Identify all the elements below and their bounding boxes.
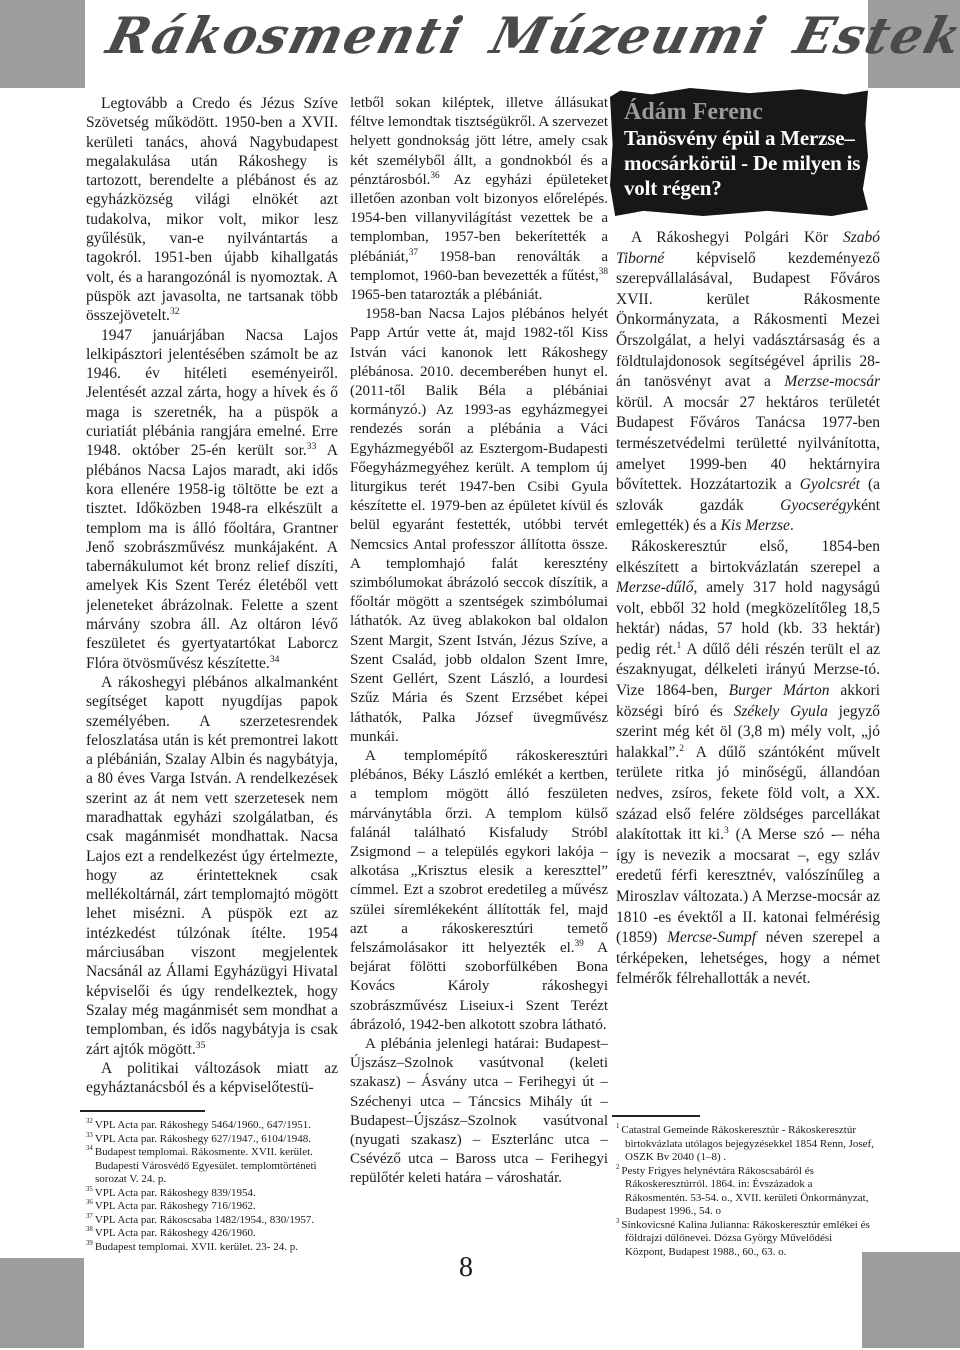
paragraph: 1947 januárjában Nacsa Lajos lelkipászto… [86,326,338,673]
footnote-list-left: 32VPL Acta par. Rákoshegy 5464/1960., 64… [86,1119,338,1254]
footnote-item: 39Budapest templomai. XVII. kerület. 23-… [86,1241,338,1255]
article-header-box: Ádám Ferenc Tanösvény épül a Merzse–mocs… [610,88,868,216]
footnote-item: 35VPL Acta par. Rákoshegy 839/1954. [86,1187,338,1201]
page-number: 8 [350,1252,582,1284]
left-column: Legtovább a Credo és Jézus Szíve Szövets… [86,94,338,1116]
footnote-item: 32VPL Acta par. Rákoshegy 5464/1960., 64… [86,1119,338,1133]
paragraph: A Rákoshegyi Polgári Kör Szabó Tiborné k… [616,228,880,537]
magazine-page: Rákosmenti Múzeumi Estek Legtovább a Cre… [0,0,960,1350]
paragraph: Legtovább a Credo és Jézus Szíve Szövets… [86,94,338,326]
footnote-item: 34Budapest templomai. Rákosmente. XVII. … [86,1146,338,1187]
paragraph: 1958-ban Nacsa Lajos plébános helyét Pap… [350,305,608,747]
paragraph: A templomépítő rákoskeresztúri plébános,… [350,747,608,1035]
paragraph: A politikai változások miatt az egyházta… [86,1059,338,1098]
footnote-separator-right [612,1115,700,1117]
masthead-title: Rákosmenti Múzeumi Estek [96,6,756,86]
article-author: Ádám Ferenc [624,98,862,126]
footnote-separator-left [80,1110,205,1112]
footnote-item: 38VPL Acta par. Rákoshegy 426/1960. [86,1227,338,1241]
footnote-item: 2Pesty Frigyes helynévtára Rákoscsabáról… [616,1165,874,1219]
footnote-item: 37VPL Acta par. Rákoscsaba 1482/1954., 8… [86,1214,338,1228]
corner-block-bottom-right [862,1252,960,1348]
right-column: A Rákoshegyi Polgári Kör Szabó Tiborné k… [616,228,880,1112]
corner-block-top-left [0,0,85,88]
paragraph: letből sokan kiléptek, illetve állásukat… [350,94,608,305]
footnote-item: 33VPL Acta par. Rákoshegy 627/1947., 610… [86,1133,338,1147]
footnote-item: 3Sinkovicsné Kalina Julianna: Rákoskeres… [616,1219,874,1260]
paragraph: A rákoshegyi plébános alkalmanként segít… [86,673,338,1059]
corner-block-bottom-left [0,1258,84,1348]
article-title: Tanösvény épül a Merzse–mocsárkörül - De… [624,126,862,201]
footnote-item: 1Catastral Gemeinde Rákoskeresztúr - Rák… [616,1124,874,1165]
paragraph: Rákoskeresztúr első, 1854-ben elkészítet… [616,537,880,990]
footnote-list-right: 1Catastral Gemeinde Rákoskeresztúr - Rák… [616,1124,874,1259]
footnote-item: 36VPL Acta par. Rákoshegy 716/1962. [86,1200,338,1214]
paragraph: A plébánia jelenlegi határai: Budapest–Ú… [350,1035,608,1189]
middle-column: letből sokan kiléptek, illetve állásukat… [350,94,608,1254]
